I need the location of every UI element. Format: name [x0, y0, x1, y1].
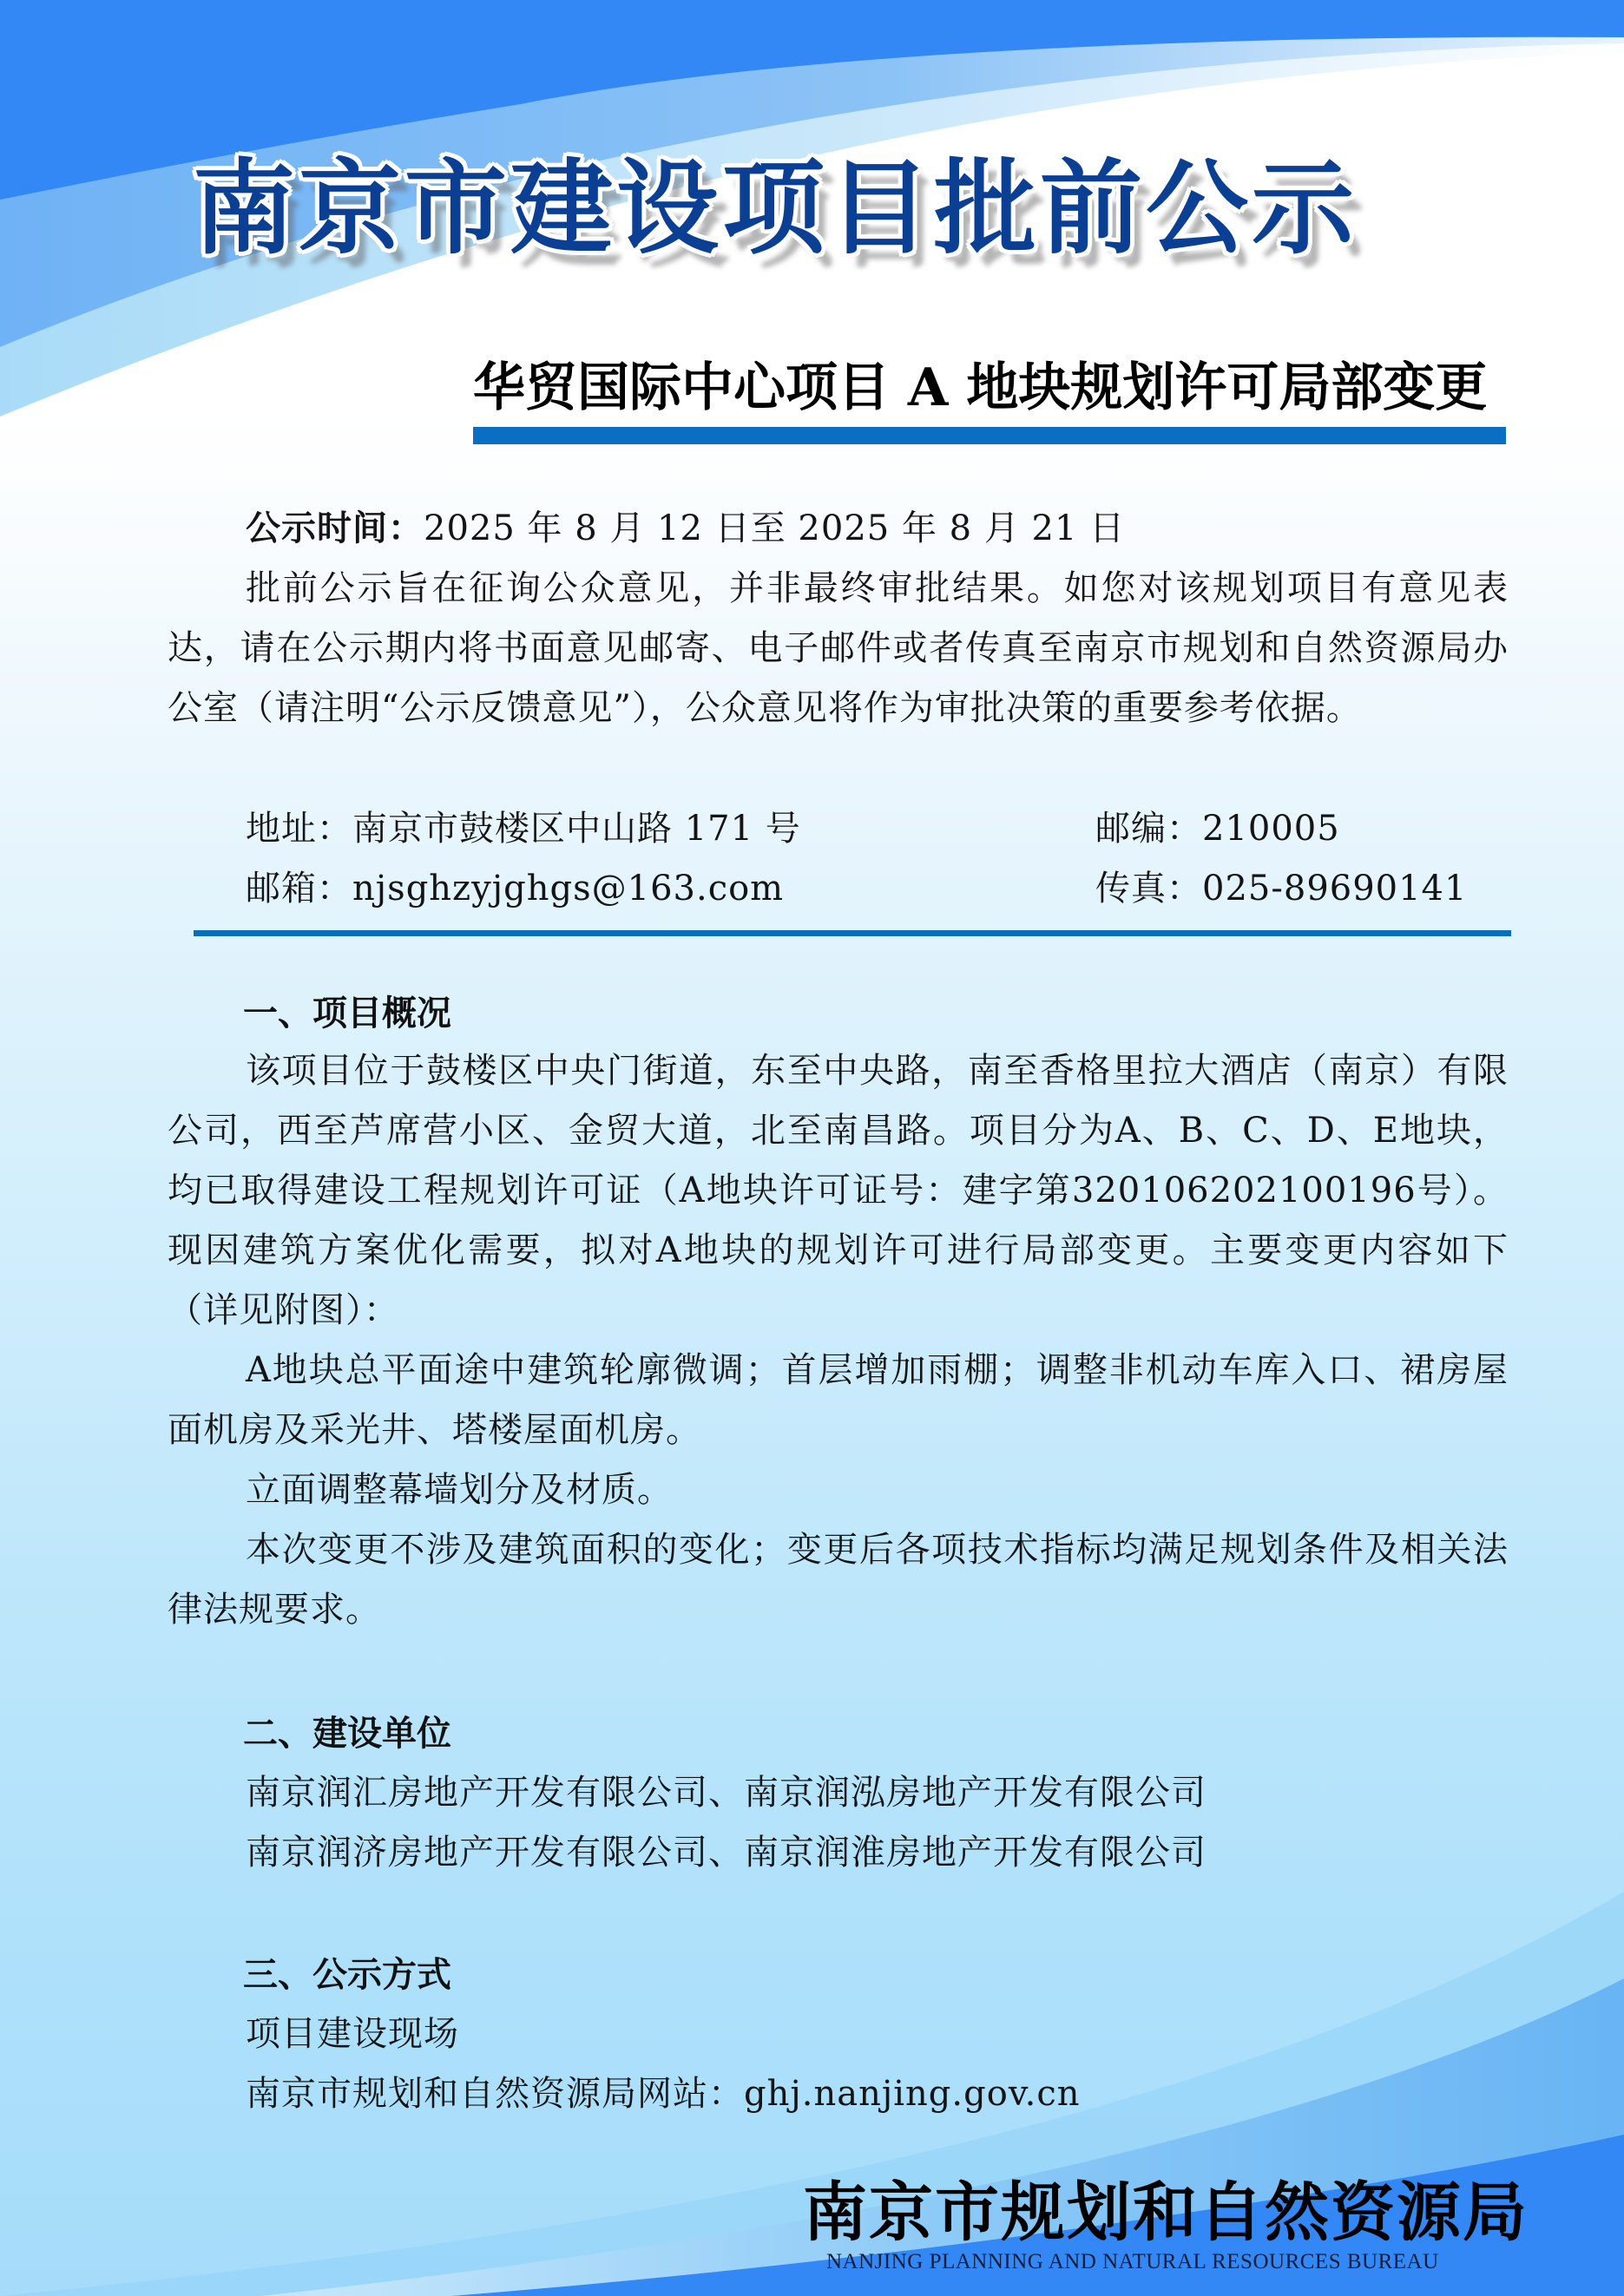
- section-heading-developer: 二、建设单位: [243, 1708, 451, 1760]
- section-overview-body: 该项目位于鼓楼区中央门街道，东至中央路，南至香格里拉大酒店（南京）有限公司，西至…: [168, 1041, 1509, 1640]
- email-label: 邮箱：: [246, 869, 352, 909]
- email-value[interactable]: njsghzyjghgs@163.com: [352, 869, 784, 909]
- contact-address: 地址：南京市鼓楼区中山路 171 号: [246, 799, 801, 859]
- address-value: 南京市鼓楼区中山路 171 号: [352, 809, 801, 849]
- address-label: 地址：: [246, 809, 352, 849]
- footer-org-name-cn: 南京市规划和自然资源局: [803, 2176, 1529, 2249]
- overview-paragraph: A地块总平面途中建筑轮廓微调；首层增加雨棚；调整非机动车库入口、裙房屋面机房及采…: [168, 1341, 1509, 1460]
- footer-org-name-en: NANJING PLANNING AND NATURAL RESOURCES B…: [826, 2249, 1439, 2275]
- section-heading-overview: 一、项目概况: [243, 987, 451, 1040]
- developer-line: 南京润济房地产开发有限公司、南京润淮房地产开发有限公司: [246, 1823, 1206, 1883]
- fax-label: 传真：: [1095, 869, 1202, 909]
- notice-intro: 批前公示旨在征询公众意见，并非最终审批结果。如您对该规划项目有意见表达，请在公示…: [168, 559, 1509, 738]
- section-heading-publicity-method: 三、公示方式: [243, 1949, 451, 2001]
- developer-line: 南京润汇房地产开发有限公司、南京润泓房地产开发有限公司: [246, 1763, 1206, 1823]
- section-developer-body: 南京润汇房地产开发有限公司、南京润泓房地产开发有限公司 南京润济房地产开发有限公…: [246, 1763, 1206, 1883]
- contact-postcode: 邮编：210005: [1095, 799, 1340, 859]
- publicity-website-line[interactable]: 南京市规划和自然资源局网站：ghj.nanjing.gov.cn: [246, 2064, 1081, 2124]
- overview-paragraph: 立面调整幕墙划分及材质。: [168, 1460, 1509, 1520]
- subtitle-underline-bar: [473, 427, 1506, 444]
- notice-period: 公示时间：2025 年 8 月 12 日至 2025 年 8 月 21 日: [246, 499, 1125, 559]
- notice-period-label: 公示时间：: [246, 508, 424, 548]
- contact-email: 邮箱：njsghzyjghgs@163.com: [246, 859, 784, 919]
- section-divider: [194, 930, 1511, 936]
- publicity-line: 项目建设现场: [246, 2004, 1081, 2064]
- postcode-label: 邮编：: [1095, 809, 1202, 849]
- postcode-value: 210005: [1202, 809, 1340, 849]
- project-subtitle: 华贸国际中心项目 A 地块规划许可局部变更: [473, 351, 1506, 424]
- section-publicity-body: 项目建设现场 南京市规划和自然资源局网站：ghj.nanjing.gov.cn: [246, 2004, 1081, 2124]
- notice-period-value: 2025 年 8 月 12 日至 2025 年 8 月 21 日: [424, 508, 1125, 548]
- contact-fax: 传真：025-89690141: [1095, 859, 1467, 919]
- page-title: 南京市建设项目批前公示: [193, 148, 1443, 269]
- fax-value: 025-89690141: [1202, 869, 1467, 909]
- overview-paragraph: 该项目位于鼓楼区中央门街道，东至中央路，南至香格里拉大酒店（南京）有限公司，西至…: [168, 1041, 1509, 1341]
- overview-paragraph: 本次变更不涉及建筑面积的变化；变更后各项技术指标均满足规划条件及相关法律法规要求…: [168, 1520, 1509, 1640]
